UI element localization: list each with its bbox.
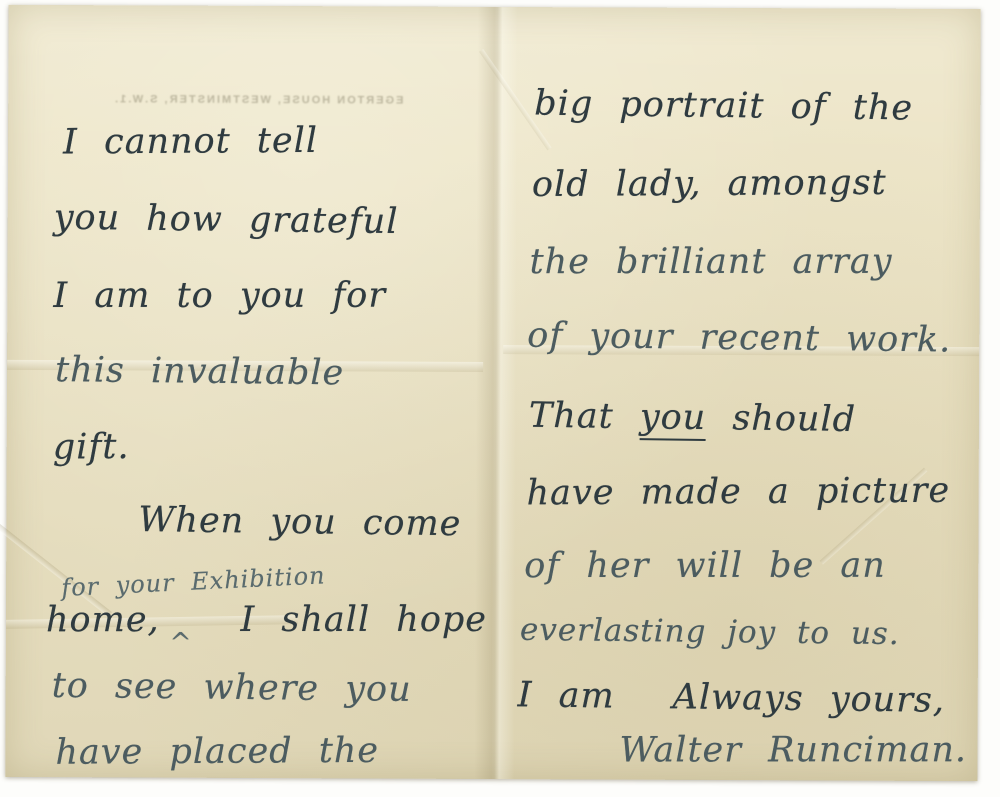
letter-word: home, bbox=[46, 600, 160, 640]
letter-line: old lady, amongst bbox=[532, 163, 887, 205]
letterhead-showthrough: EGERTON HOUSE, WESTMINSTER, S.W.1. bbox=[103, 93, 413, 106]
letter-line: I am to you for bbox=[53, 276, 386, 316]
letter-line: you how grateful bbox=[54, 198, 399, 243]
closing-prefix: I am bbox=[517, 675, 615, 716]
letter-line: have placed the bbox=[55, 731, 379, 773]
letter-line: When you come bbox=[138, 500, 461, 544]
valediction: Always yours, bbox=[672, 677, 945, 721]
right-page: big portrait of the old lady, amongst th… bbox=[491, 7, 980, 781]
letter-phrase: That bbox=[529, 396, 640, 437]
caret-insertion-mark: ^ bbox=[170, 628, 193, 658]
letter-line: this invaluable bbox=[55, 350, 345, 393]
letter-line: to see where you bbox=[51, 666, 411, 710]
left-page: EGERTON HOUSE, WESTMINSTER, S.W.1. I can… bbox=[5, 5, 494, 779]
letter-line: I cannot tell bbox=[63, 121, 318, 163]
paper-sheet: EGERTON HOUSE, WESTMINSTER, S.W.1. I can… bbox=[5, 5, 980, 781]
letter-phrase: I shall hope bbox=[240, 600, 487, 640]
letter-line: everlasting joy to us. bbox=[520, 612, 900, 652]
letter-line: the brilliant array bbox=[530, 242, 893, 282]
signature: Walter Runciman. bbox=[619, 730, 967, 770]
letter-phrase: should bbox=[706, 398, 856, 440]
letter-line: home,^I shall hope bbox=[46, 600, 487, 640]
letter-line: of your recent work. bbox=[527, 316, 951, 361]
letter-line: of her will be an bbox=[524, 546, 886, 586]
letter-line: That you should bbox=[529, 396, 857, 440]
interlinear-insertion: for your Exhibition bbox=[61, 561, 326, 602]
letter-line: I amAlways yours, bbox=[517, 675, 945, 721]
underlined-word: you bbox=[640, 397, 707, 441]
scanned-letter: EGERTON HOUSE, WESTMINSTER, S.W.1. I can… bbox=[0, 0, 1000, 797]
letter-line: big portrait of the bbox=[534, 84, 913, 129]
letter-line: have made a picture bbox=[526, 471, 950, 514]
letter-line: gift. bbox=[53, 427, 130, 467]
